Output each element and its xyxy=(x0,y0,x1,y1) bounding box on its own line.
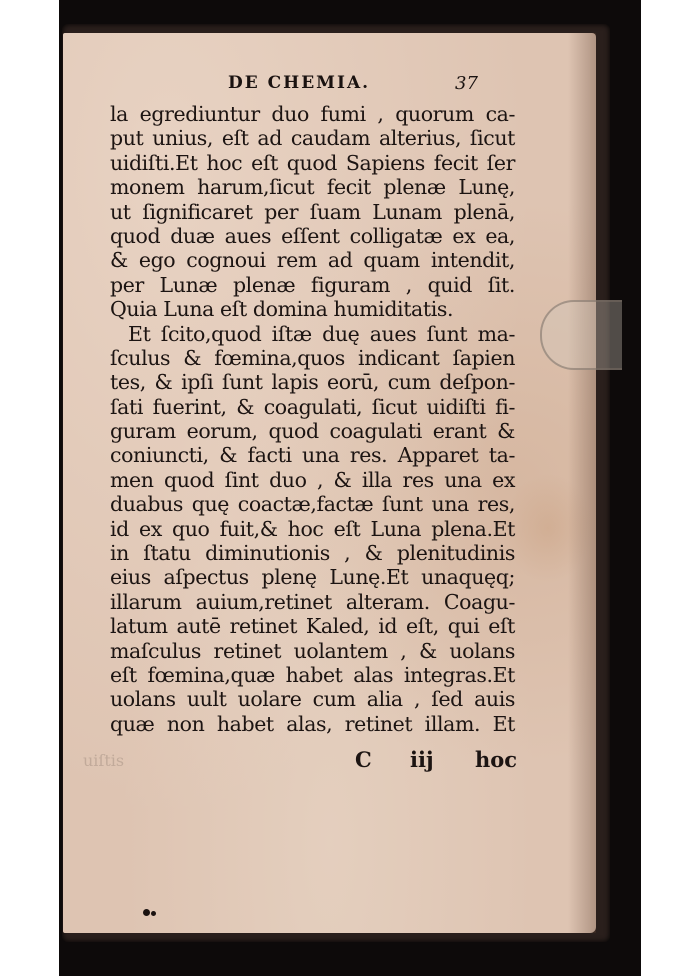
showthrough-text: uiſtis xyxy=(83,751,124,770)
ink-dot xyxy=(151,911,156,916)
text-line: illarum auium,retinet alteram. Coagu- xyxy=(110,590,515,614)
text-line: uidiſti.Et hoc eſt quod Sapiens fecit ſe… xyxy=(110,151,515,175)
text-line: eius aſpectus plenę Lunę.Et unaquęq; xyxy=(110,565,515,589)
text-line: quæ non habet alas, retinet illam. Et xyxy=(110,712,515,736)
text-line: ut ſignificaret per ſuam Lunam plenā, xyxy=(110,200,515,224)
page-number: 37 xyxy=(455,73,478,94)
text-line: & ego cognoui rem ad quam intendit, xyxy=(110,248,515,272)
text-line: quod duæ aues eſſent colligatæ ex ea, xyxy=(110,224,515,248)
signature-line: uiſtis C iij hoc xyxy=(63,747,596,775)
text-line: per Lunæ plenæ figuram , quid ſit. xyxy=(110,273,515,297)
body-text: la egrediuntur duo fumi , quorum ca- put… xyxy=(110,102,515,736)
gutter-shadow xyxy=(568,33,596,933)
text-line: guram eorum, quod coagulati erant & xyxy=(110,419,515,443)
text-line: ſculus & fœmina,quos indicant ſapien xyxy=(110,346,515,370)
text-line: men quod ſint duo , & illa res una ex xyxy=(110,468,515,492)
text-line: maſculus retinet uolantem , & uolans xyxy=(110,639,515,663)
text-line: ſati fuerint, & coagulati, ſicut uidiſti… xyxy=(110,395,515,419)
text-line: uolans uult uolare cum alia , ſed auis xyxy=(110,687,515,711)
page-tab-marker xyxy=(540,300,622,370)
paragraph-start-line: Et ſcito,quod iſtæ duę aues ſunt ma- xyxy=(110,322,515,346)
running-head: DE CHEMIA. 37 xyxy=(63,73,596,97)
text-line: tes, & ipſi ſunt lapis eorū, cum deſpon- xyxy=(110,370,515,394)
text-line: Quia Luna eſt domina humiditatis. xyxy=(110,297,515,321)
book-page: DE CHEMIA. 37 la egrediuntur duo fumi , … xyxy=(63,33,596,933)
signature-leaf-number: iij xyxy=(410,747,434,772)
running-head-title: DE CHEMIA. xyxy=(228,73,370,93)
catchword: hoc xyxy=(475,747,517,772)
signature-mark: C xyxy=(355,747,372,772)
text-line: duabus quę coactæ,factæ ſunt una res, xyxy=(110,492,515,516)
ink-spots xyxy=(143,909,163,919)
text-line: la egrediuntur duo fumi , quorum ca- xyxy=(110,102,515,126)
text-line: put unius, eſt ad caudam alterius, ſicut xyxy=(110,126,515,150)
text-line: latum autē retinet Kaled, id eſt, qui eſ… xyxy=(110,614,515,638)
text-line: monem harum,ſicut fecit plenæ Lunę, xyxy=(110,175,515,199)
text-line: coniuncti, & facti una res. Apparet ta- xyxy=(110,443,515,467)
text-line: eſt fœmina,quæ habet alas integras.Et xyxy=(110,663,515,687)
text-line: id ex quo fuit,& hoc eſt Luna plena.Et xyxy=(110,517,515,541)
text-line: in ſtatu diminutionis , & plenitudinis xyxy=(110,541,515,565)
ink-dot xyxy=(143,909,150,916)
